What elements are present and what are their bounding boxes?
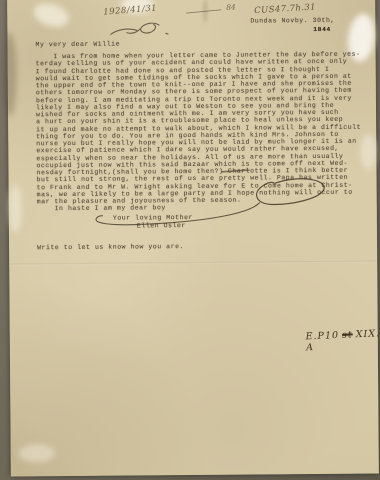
salutation: My very dear Willie <box>35 41 120 49</box>
paper-dark-smudge <box>2 32 17 116</box>
year-stamp: 1844 <box>313 26 331 33</box>
paper-damage-spot <box>360 134 376 170</box>
dateline: Dundas Novby. 30th, <box>250 17 335 25</box>
postscript: Write to let us know how you are. <box>37 243 184 251</box>
annotation-code-part1: E.P10 <box>305 330 339 342</box>
annotation-struck-word: st <box>342 329 353 340</box>
paper-dark-smudge <box>203 0 207 23</box>
paper-damage-spot <box>9 184 22 232</box>
letter-body: I was from home when your letter came to… <box>36 51 362 213</box>
pen-dash <box>186 10 221 13</box>
bottom-right-annotation: E.P10stXIX. A <box>305 328 380 353</box>
signature-name: Ellen Osler <box>137 222 186 230</box>
scanned-letter-page: 1928/41/31 84 CUS47.7h.31 Dundas Novby. … <box>0 0 380 480</box>
letter-paper: 1928/41/31 84 CUS47.7h.31 Dundas Novby. … <box>7 0 379 476</box>
paper-damage-spot <box>31 0 72 31</box>
handwritten-scribble <box>110 23 168 35</box>
paper-damage-spot <box>19 444 55 462</box>
signature-role: Your loving Mother <box>113 214 193 222</box>
catalog-code-handwritten: CUS47.7h.31 <box>254 2 316 16</box>
archival-number-handwritten: 1928/41/31 <box>103 3 158 17</box>
pencil-number: 84 <box>226 2 236 12</box>
fold-crease <box>9 261 377 266</box>
